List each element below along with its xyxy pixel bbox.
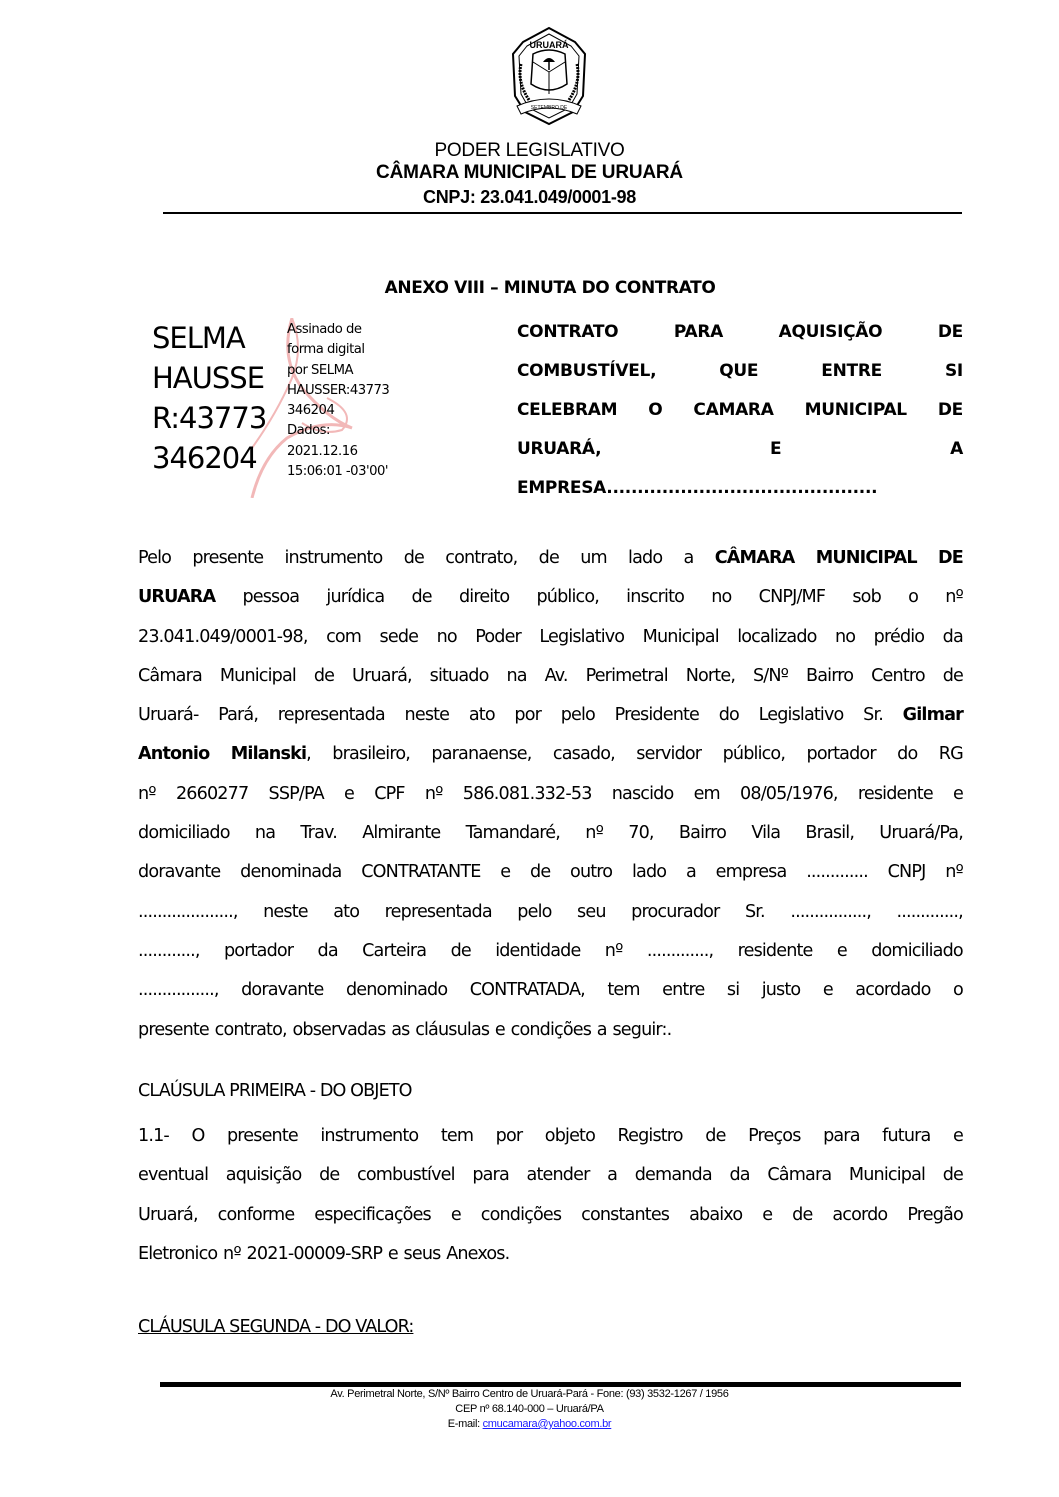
text-segment: 23.041.049/0001-98,: [138, 627, 308, 647]
word: Preços: [748, 1117, 800, 1156]
text-segment: situado: [430, 666, 489, 686]
contract-heading: CONTRATOPARAAQUISIÇÃODECOMBUSTÍVEL,QUEEN…: [517, 313, 963, 508]
word: e: [451, 1196, 461, 1235]
text-segment: denominada: [240, 862, 341, 882]
word: e: [837, 932, 847, 971]
text-segment: constantes: [581, 1205, 669, 1225]
heading-word: CONTRATO: [517, 313, 618, 352]
word: entre: [662, 971, 704, 1010]
text-segment: Pelo: [138, 548, 171, 568]
text-segment: atender: [527, 1165, 590, 1185]
word: CONTRATADA,: [470, 971, 585, 1010]
word: nº: [425, 775, 443, 814]
text-segment: nº: [605, 941, 623, 961]
text-segment: lado: [632, 862, 666, 882]
word: condições: [481, 1196, 561, 1235]
text-segment: contrato,: [445, 548, 517, 568]
text-segment: SSP/PA: [269, 784, 324, 804]
word: nº: [945, 578, 963, 617]
text-segment: Tamandaré,: [466, 823, 560, 843]
text-segment: .............,: [896, 902, 962, 922]
text-segment: ato: [469, 705, 495, 725]
text-segment: Uruará-: [138, 705, 198, 725]
text-segment: CONTRATANTE: [361, 862, 480, 882]
word: ................,: [790, 893, 871, 932]
text-segment: instrumento: [320, 1126, 418, 1146]
text-segment: Câmara: [138, 666, 202, 686]
word: Presidente: [615, 696, 699, 735]
word: presente: [192, 539, 263, 578]
footer-address: Av. Perimetral Norte, S/Nº Bairro Centro…: [0, 1388, 1059, 1400]
text-segment: Registro: [618, 1126, 683, 1146]
text-segment: em: [694, 784, 720, 804]
word: a: [686, 853, 696, 892]
bold-text: DE: [938, 548, 963, 568]
heading-word: SI: [945, 352, 963, 391]
text-segment: Pregão: [907, 1205, 963, 1225]
text-segment: ............,: [138, 941, 200, 961]
signer-name-line: 346204: [152, 438, 266, 478]
text-segment: de: [411, 587, 431, 607]
text-segment: Sr.: [745, 902, 765, 922]
word: atender: [527, 1156, 590, 1195]
word: Vila: [751, 814, 780, 853]
text-segment: conforme: [218, 1205, 295, 1225]
text-segment: Perimetral: [586, 666, 668, 686]
text-line: ....................,nesteatorepresentad…: [138, 893, 963, 932]
heading-line: URUARÁ,EA: [517, 430, 963, 469]
heading-word: O: [648, 391, 662, 430]
text-line: URUARApessoajurídicadedireitopúblico,ins…: [138, 578, 963, 617]
text-segment: prédio: [874, 627, 925, 647]
word: eventual: [138, 1156, 208, 1195]
word: portador: [807, 735, 876, 774]
word: de: [451, 932, 471, 971]
word: representada: [278, 696, 385, 735]
word: para: [472, 1156, 509, 1195]
text-segment: casado,: [553, 744, 615, 764]
text-segment: doravante: [241, 980, 323, 1000]
text-line: 1.1-OpresenteinstrumentotemporobjetoRegi…: [138, 1117, 963, 1156]
heading-word: URUARÁ,: [517, 430, 601, 469]
text-segment: Bairro: [806, 666, 853, 686]
text-segment: de: [943, 666, 963, 686]
word: Municipal: [220, 657, 296, 696]
text-segment: portador: [224, 941, 293, 961]
text-segment: si: [727, 980, 739, 1000]
svg-text:URUARÁ: URUARÁ: [530, 40, 569, 50]
word: Pregão: [907, 1196, 963, 1235]
text-segment: tem: [607, 980, 639, 1000]
text-segment: de: [705, 1126, 725, 1146]
text-segment: ,: [306, 744, 311, 764]
word: CONTRATANTE: [361, 853, 480, 892]
word: contrato,: [445, 539, 517, 578]
text-segment: Pará,: [218, 705, 258, 725]
text-segment: outro: [570, 862, 612, 882]
word: e: [500, 853, 510, 892]
text-segment: abaixo: [689, 1205, 742, 1225]
word: seu: [577, 893, 606, 932]
heading-word: AQUISIÇÃO: [779, 313, 883, 352]
text-segment: Trav.: [300, 823, 337, 843]
text-segment: presente: [192, 548, 263, 568]
word: Legislativo: [759, 696, 844, 735]
heading-word: CELEBRAM: [517, 391, 617, 430]
word: de: [943, 1156, 963, 1195]
text-segment: 08/05/1976,: [740, 784, 838, 804]
text-segment: Municipal: [643, 627, 719, 647]
text-segment: 586.081.332-53: [463, 784, 592, 804]
signer-name-line: SELMA: [152, 318, 266, 358]
word: Av.: [545, 657, 568, 696]
text-segment: ....................,: [138, 902, 238, 922]
text-line: eventualaquisiçãodecombustívelparaatende…: [138, 1156, 963, 1195]
text-segment: na: [255, 823, 275, 843]
word: localizado: [737, 618, 816, 657]
word: Tamandaré,: [466, 814, 560, 853]
word: residente: [858, 775, 933, 814]
word: doravante: [241, 971, 323, 1010]
word: ............,: [138, 932, 200, 971]
word: ....................,: [138, 893, 238, 932]
word: identidade: [495, 932, 580, 971]
word: lado: [628, 539, 662, 578]
word: CÂMARA: [715, 539, 795, 578]
text-segment: Municipal: [220, 666, 296, 686]
text-segment: jurídica: [326, 587, 384, 607]
heading-line: COMBUSTÍVEL,QUEENTRESI: [517, 352, 963, 391]
bold-text: Antonio: [138, 744, 209, 764]
text-segment: por: [514, 705, 541, 725]
word: 70,: [628, 814, 653, 853]
word: Uruará,: [352, 657, 412, 696]
word: Gilmar: [903, 696, 963, 735]
word: instrumento: [320, 1117, 418, 1156]
text-line: AntonioMilanski,brasileiro,paranaense,ca…: [138, 735, 963, 774]
word: Uruará-: [138, 696, 198, 735]
word: Carteira: [362, 932, 426, 971]
text-segment: Uruará,: [138, 1205, 198, 1225]
word: nº: [605, 932, 623, 971]
text-segment: nº: [425, 784, 443, 804]
text-segment: Av.: [545, 666, 568, 686]
text-segment: Municipal: [849, 1165, 925, 1185]
text-segment: o: [908, 587, 918, 607]
text-segment: localizado: [737, 627, 816, 647]
text-segment: residente: [738, 941, 813, 961]
heading-line: CELEBRAMOCAMARAMUNICIPALDE: [517, 391, 963, 430]
text-line: domiciliadonaTrav.AlmiranteTamandaré,nº7…: [138, 814, 963, 853]
footer-email-line: E-mail: cmucamara@yahoo.com.br: [0, 1418, 1059, 1430]
signer-name: SELMAHAUSSER:43773346204: [152, 318, 266, 478]
text-segment: identidade: [495, 941, 580, 961]
word: combustível: [357, 1156, 455, 1195]
word: Pelo: [138, 539, 171, 578]
text-segment: justo: [762, 980, 801, 1000]
text-segment: nº: [585, 823, 603, 843]
word: do: [719, 696, 739, 735]
text-segment: e: [823, 980, 833, 1000]
word: S/Nº: [753, 657, 788, 696]
text-segment: .............: [806, 862, 868, 882]
word: por: [496, 1117, 523, 1156]
word: da: [943, 618, 963, 657]
word: Antonio: [138, 735, 209, 774]
word: domiciliado: [138, 814, 230, 853]
word: especificações: [314, 1196, 431, 1235]
signature-detail-line: 346204: [287, 401, 389, 421]
header-institution: CÂMARA MUNICIPAL DE URUARÁ: [0, 162, 1059, 184]
word: Bairro: [679, 814, 726, 853]
text-segment: público,: [723, 744, 786, 764]
word: situado: [430, 657, 489, 696]
word: CNPJ: [888, 853, 926, 892]
heading-word: QUE: [719, 352, 758, 391]
word: tem: [607, 971, 639, 1010]
word: um: [580, 539, 607, 578]
word: da: [729, 1156, 749, 1195]
heading-line: EMPRESA.................................…: [517, 469, 963, 508]
word: 586.081.332-53: [463, 775, 592, 814]
word: Trav.: [300, 814, 337, 853]
word: URUARA: [138, 578, 215, 617]
text-segment: e: [451, 1205, 461, 1225]
text-segment: de: [451, 941, 471, 961]
text-segment: para: [823, 1126, 860, 1146]
word: justo: [762, 971, 801, 1010]
word: .............,: [896, 893, 962, 932]
word: domiciliado: [871, 932, 963, 971]
text-segment: O: [191, 1126, 204, 1146]
heading-word: E: [770, 430, 781, 469]
text-segment: Vila: [751, 823, 780, 843]
bold-text: Gilmar: [903, 705, 963, 725]
text-segment: eventual: [138, 1165, 208, 1185]
text-segment: aquisição: [226, 1165, 302, 1185]
text-segment: e: [953, 1126, 963, 1146]
text-segment: nascido: [612, 784, 674, 804]
word: RG: [939, 735, 963, 774]
text-segment: 70,: [628, 823, 653, 843]
text-segment: de: [792, 1205, 812, 1225]
text-segment: um: [580, 548, 607, 568]
text-segment: e: [762, 1205, 772, 1225]
text-segment: neste: [405, 705, 450, 725]
word: Registro: [618, 1117, 683, 1156]
word: denominado: [346, 971, 447, 1010]
word: Uruará,: [138, 1196, 198, 1235]
text-segment: do: [719, 705, 739, 725]
text-segment: acordado: [855, 980, 930, 1000]
heading-word: COMBUSTÍVEL,: [517, 352, 656, 391]
signature-detail-line: por SELMA: [287, 361, 389, 381]
word: público,: [723, 735, 786, 774]
word: MUNICIPAL: [816, 539, 917, 578]
text-segment: residente: [858, 784, 933, 804]
text-line: Pelopresenteinstrumentodecontrato,deumla…: [138, 539, 963, 578]
word: Sr.: [745, 893, 765, 932]
word: Legislativo: [539, 618, 624, 657]
text-segment: servidor: [636, 744, 701, 764]
word: lado: [632, 853, 666, 892]
footer-email-label: E-mail:: [448, 1418, 483, 1430]
word: Norte,: [686, 657, 735, 696]
word: pessoa: [242, 578, 299, 617]
bold-text: URUARA: [138, 587, 215, 607]
text-segment: acordo: [832, 1205, 887, 1225]
text-segment: Eletronico nº 2021-00009-SRP e seus Anex…: [138, 1235, 509, 1274]
heading-word: DE: [938, 391, 963, 430]
text-line: nº2660277SSP/PAeCPFnº586.081.332-53nasci…: [138, 775, 963, 814]
word: do: [897, 735, 917, 774]
text-segment: Presidente: [615, 705, 699, 725]
word: ................,: [138, 971, 219, 1010]
text-segment: pelo: [561, 705, 595, 725]
word: 23.041.049/0001-98,: [138, 618, 308, 657]
text-segment: lado: [628, 548, 662, 568]
text-segment: Bairro: [679, 823, 726, 843]
clause-1-title: CLAÚSULA PRIMEIRA - DO OBJETO: [138, 1081, 412, 1101]
word: Bairro: [806, 657, 853, 696]
text-segment: de: [314, 666, 334, 686]
document-page: URUARÁ SETEMBRO DE PODER LEGISLATIVO CÂM…: [0, 0, 1059, 1497]
text-segment: doravante: [138, 862, 220, 882]
text-line: Uruará-Pará,representadanesteatoporpeloP…: [138, 696, 963, 735]
text-line: ................,doravantedenominadoCONT…: [138, 971, 963, 1010]
word: servidor: [636, 735, 701, 774]
word: Perimetral: [586, 657, 668, 696]
text-segment: tem: [441, 1126, 473, 1146]
text-line: presente contrato, observadas as cláusul…: [138, 1011, 963, 1050]
signature-detail-line: HAUSSER:43773: [287, 381, 389, 401]
word: .............,: [647, 932, 713, 971]
text-segment: Preços: [748, 1126, 800, 1146]
text-segment: portador: [807, 744, 876, 764]
text-segment: da: [318, 941, 338, 961]
heading-word: ENTRE: [821, 352, 882, 391]
word: no: [437, 618, 457, 657]
text-segment: no: [437, 627, 457, 647]
word: tem: [441, 1117, 473, 1156]
word: público,: [536, 578, 599, 617]
text-segment: denominado: [346, 980, 447, 1000]
word: portador: [224, 932, 293, 971]
text-segment: especificações: [314, 1205, 431, 1225]
word: Municipal: [849, 1156, 925, 1195]
text-line: 23.041.049/0001-98,comsedenoPoderLegisla…: [138, 618, 963, 657]
word: denominada: [240, 853, 341, 892]
text-segment: RG: [939, 744, 963, 764]
text-segment: a: [607, 1165, 617, 1185]
signature-detail-line: Dados:: [287, 421, 389, 441]
text-segment: representada: [385, 902, 492, 922]
text-segment: a: [686, 862, 696, 882]
word: com: [326, 618, 361, 657]
text-segment: sede: [380, 627, 419, 647]
word: de: [943, 657, 963, 696]
word: CNPJ/MF: [759, 578, 826, 617]
word: representada: [385, 893, 492, 932]
word: a: [684, 539, 694, 578]
text-segment: demanda: [635, 1165, 712, 1185]
word: sede: [380, 618, 419, 657]
word: nº: [585, 814, 603, 853]
text-segment: por: [496, 1126, 523, 1146]
word: pelo: [561, 696, 595, 735]
text-segment: procurador: [631, 902, 719, 922]
text-segment: CNPJ/MF: [759, 587, 826, 607]
word: outro: [570, 853, 612, 892]
word: da: [318, 932, 338, 971]
signature-details: Assinado deforma digitalpor SELMAHAUSSER…: [287, 320, 389, 482]
text-segment: pelo: [517, 902, 551, 922]
text-segment: nº: [945, 862, 963, 882]
text-line: doravantedenominadaCONTRATANTEedeoutrola…: [138, 853, 963, 892]
word: o: [908, 578, 918, 617]
text-segment: direito: [459, 587, 509, 607]
word: de: [792, 1196, 812, 1235]
text-segment: entre: [662, 980, 704, 1000]
text-segment: Uruará,: [352, 666, 412, 686]
signature-detail-line: Assinado de: [287, 320, 389, 340]
heading-word: DE: [938, 313, 963, 352]
text-segment: e: [837, 941, 847, 961]
word: demanda: [635, 1156, 712, 1195]
word: na: [506, 657, 526, 696]
footer-email-link[interactable]: cmucamara@yahoo.com.br: [483, 1418, 612, 1430]
word: de: [705, 1117, 725, 1156]
word: brasileiro,: [332, 735, 410, 774]
text-segment: ato: [333, 902, 359, 922]
word: nascido: [612, 775, 674, 814]
heading-word: CAMARA: [693, 391, 773, 430]
word: neste: [263, 893, 308, 932]
word: de: [319, 1156, 339, 1195]
text-segment: Uruará/Pa,: [879, 823, 963, 843]
word: e: [953, 1117, 963, 1156]
word: por: [514, 696, 541, 735]
word: casado,: [553, 735, 615, 774]
word: de: [404, 539, 424, 578]
word: jurídica: [326, 578, 384, 617]
word: e: [823, 971, 833, 1010]
text-segment: S/Nº: [753, 666, 788, 686]
text-segment: domiciliado: [138, 823, 230, 843]
word: Centro: [871, 657, 925, 696]
text-segment: objeto: [545, 1126, 595, 1146]
bold-text: Milanski: [231, 744, 306, 764]
word: e: [762, 1196, 772, 1235]
text-segment: combustível: [357, 1165, 455, 1185]
text-segment: CPF: [374, 784, 404, 804]
word: .............: [806, 853, 868, 892]
text-segment: no: [835, 627, 855, 647]
text-segment: domiciliado: [871, 941, 963, 961]
word: O: [191, 1117, 204, 1156]
word: em: [694, 775, 720, 814]
text-segment: CONTRATADA,: [470, 980, 585, 1000]
word: residente: [738, 932, 813, 971]
header-cnpj: CNPJ: 23.041.049/0001-98: [0, 187, 1059, 208]
word: Brasil,: [805, 814, 854, 853]
digital-signature-stamp[interactable]: SELMAHAUSSER:43773346204 Assinado deform…: [152, 318, 452, 498]
word: presente: [227, 1117, 298, 1156]
word: de: [539, 539, 559, 578]
footer-divider: [160, 1382, 961, 1387]
word: DE: [938, 539, 963, 578]
signature-detail-line: forma digital: [287, 340, 389, 360]
